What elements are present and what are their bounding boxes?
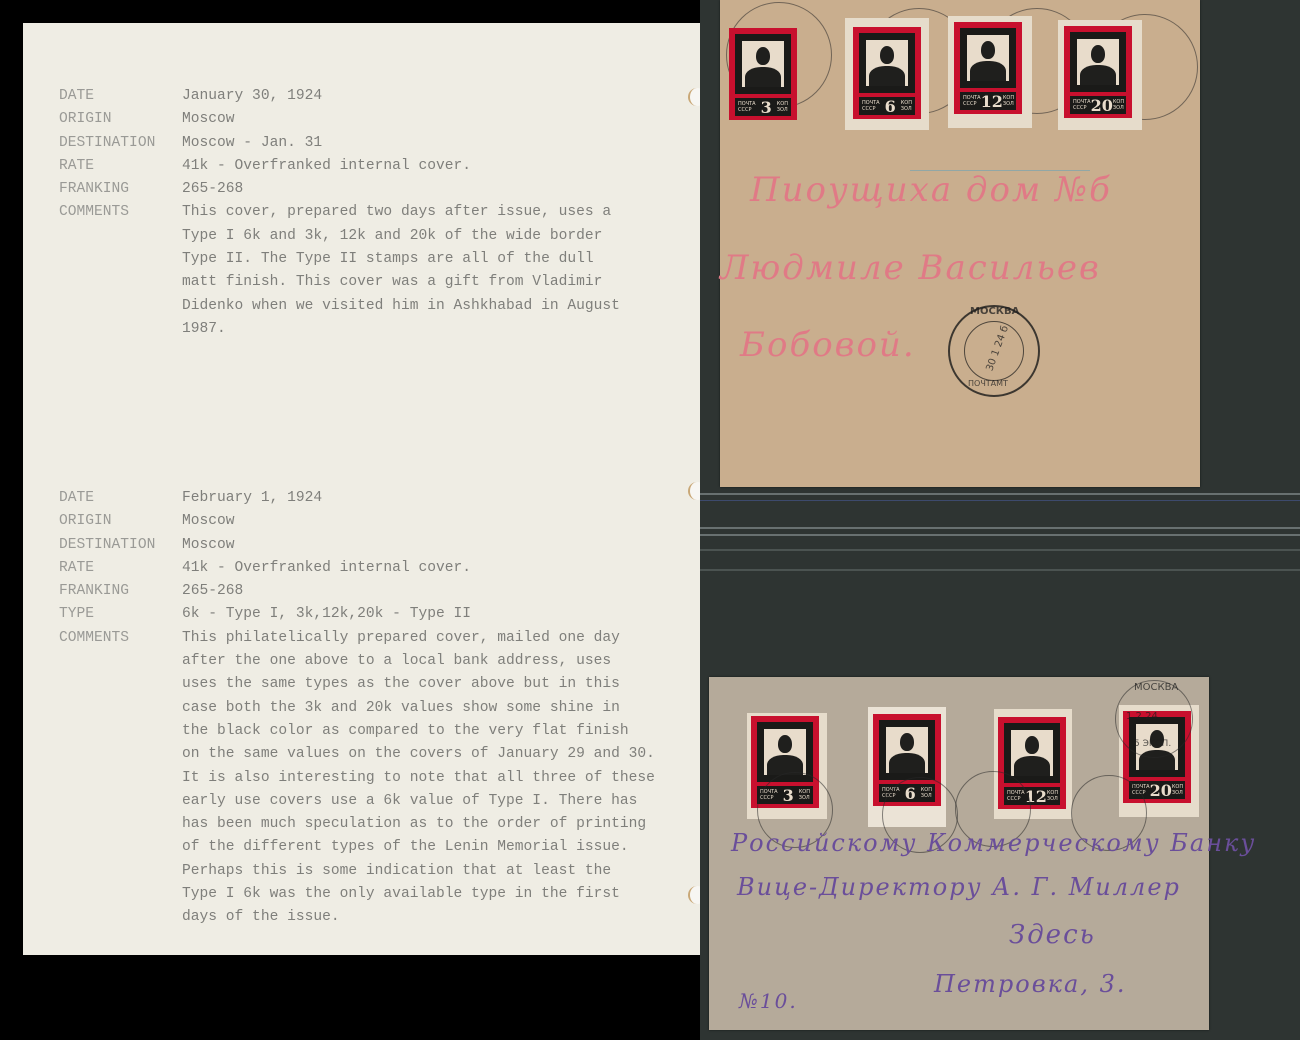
typed-description-page: DATE January 30, 1924 ORIGIN Moscow DEST…	[23, 23, 700, 955]
mount-strip	[700, 569, 1300, 571]
comment-line: of the different types of the Lenin Memo…	[182, 836, 655, 859]
cover-number-note: №10.	[739, 989, 798, 1013]
field-origin: ORIGIN Moscow	[59, 108, 620, 131]
comment-line: early use covers use a 6k value of Type …	[182, 790, 655, 813]
blue-pencil-mark	[910, 148, 1090, 171]
comment-line: after the one above to a local bank addr…	[182, 650, 655, 673]
mount-strip	[700, 549, 1300, 551]
moscow-postmark: МОСКВА 30 1 24 б ПОЧТАМТ	[948, 305, 1040, 397]
cover-february-1: ПОЧТАСССР3КОПЗОЛ ПОЧТАСССР6КОПЗОЛ ПОЧТАС…	[709, 677, 1209, 1030]
address-line: Бобовой.	[740, 325, 916, 365]
field-destination: DESTINATION Moscow	[59, 534, 655, 557]
field-rate: RATE 41k - Overfranked internal cover.	[59, 557, 655, 580]
comment-line: This cover, prepared two days after issu…	[182, 201, 620, 224]
field-type: TYPE 6k - Type I, 3k,12k,20k - Type II	[59, 603, 655, 626]
stamp-3k: ПОЧТАСССР3КОПЗОЛ	[725, 20, 803, 127]
address-line: Петровка, 3.	[934, 970, 1126, 998]
comment-line: It is also interesting to note that all …	[182, 767, 655, 790]
field-comments: COMMENTS This philatelically prepared co…	[59, 627, 655, 930]
stamp-6k: ПОЧТАСССР6КОПЗОЛ	[845, 18, 929, 130]
comment-line: on the same values on the covers of Janu…	[182, 743, 655, 766]
album-page: ПОЧТАСССР3КОПЗОЛ ПОЧТАСССР6КОПЗОЛ ПОЧТАС…	[700, 0, 1300, 1040]
field-origin: ORIGIN Moscow	[59, 510, 655, 533]
field-date: DATE January 30, 1924	[59, 85, 620, 108]
field-franking: FRANKING 265-268	[59, 580, 655, 603]
comment-line: Type I 6k and 3k, 12k and 20k of the wid…	[182, 225, 620, 248]
field-destination: DESTINATION Moscow - Jan. 31	[59, 132, 620, 155]
comment-line: uses the same types as the cover above b…	[182, 673, 655, 696]
stamp-12k: ПОЧТАСССР12КОПЗОЛ	[948, 16, 1032, 128]
mount-strip	[700, 493, 1300, 495]
field-rate: RATE 41k - Overfranked internal cover.	[59, 155, 620, 178]
cover-january-30: ПОЧТАСССР3КОПЗОЛ ПОЧТАСССР6КОПЗОЛ ПОЧТАС…	[720, 0, 1200, 487]
mount-strip	[700, 527, 1300, 529]
address-line: Пиоущиха дом №б	[750, 170, 1112, 210]
address-line: Российскому Коммерческому Банку	[731, 829, 1256, 857]
address-line: Здесь	[1009, 920, 1096, 950]
cover-entry-2: DATE February 1, 1924 ORIGIN Moscow DEST…	[59, 487, 655, 930]
field-comments: COMMENTS This cover, prepared two days a…	[59, 201, 620, 341]
comment-line: Type II. The Type II stamps are all of t…	[182, 248, 620, 271]
cover-entry-1: DATE January 30, 1924 ORIGIN Moscow DEST…	[59, 85, 620, 341]
field-franking: FRANKING 265-268	[59, 178, 620, 201]
mount-strip	[700, 534, 1300, 536]
stamp-20k: ПОЧТАСССР20КОПЗОЛ	[1058, 20, 1142, 130]
comment-line: This philatelically prepared cover, mail…	[182, 627, 655, 650]
comment-line: case both the 3k and 20k values show som…	[182, 697, 655, 720]
comment-line: Didenko when we visited him in Ashkhabad…	[182, 295, 620, 318]
moscow-postmark: МОСКВА 1 2 24 5 ЭКСП.	[1115, 680, 1193, 758]
comment-line: matt finish. This cover was a gift from …	[182, 271, 620, 294]
address-line: Людмиле Васильев	[720, 248, 1101, 288]
mount-strip	[700, 500, 1300, 501]
comment-line: Perhaps this is some indication that at …	[182, 860, 655, 883]
address-line: Вице-Директору А. Г. Миллер	[737, 873, 1181, 901]
comment-line: 1987.	[182, 318, 620, 341]
comment-line: has been much speculation as to the orde…	[182, 813, 655, 836]
comment-line: days of the issue.	[182, 906, 655, 929]
comment-line: Type I 6k was the only available type in…	[182, 883, 655, 906]
field-date: DATE February 1, 1924	[59, 487, 655, 510]
comment-line: the black color as compared to the very …	[182, 720, 655, 743]
